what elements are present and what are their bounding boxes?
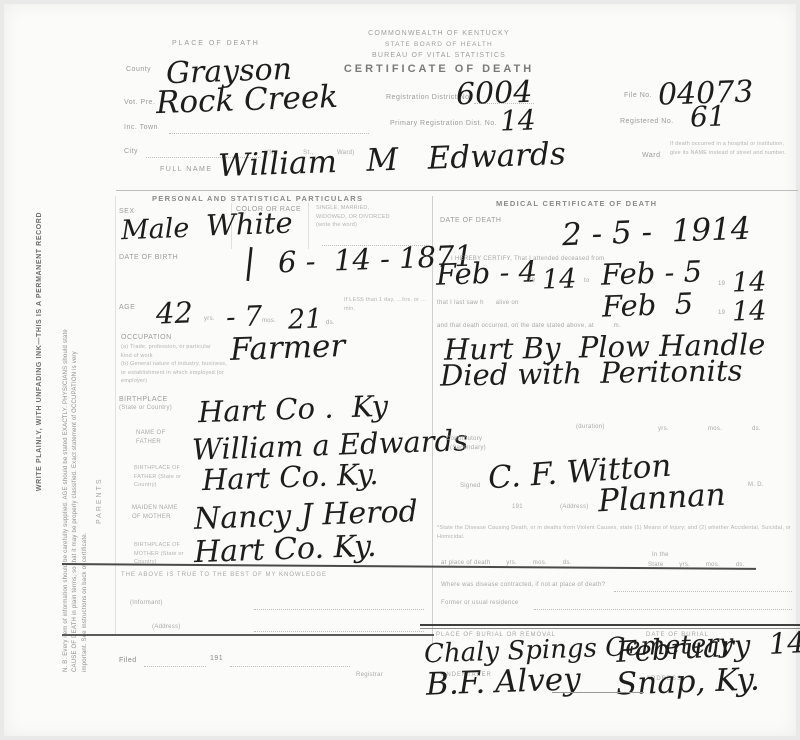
- father-name-label: NAME OF FATHER: [136, 429, 182, 447]
- file-no-label: File No.: [624, 92, 652, 99]
- secondary-label: (Secondary): [450, 445, 486, 451]
- hospital-note: If death occurred in a hospital or insti…: [670, 140, 792, 157]
- age-yrs-unit-label: yrs.: [204, 316, 215, 322]
- death-certificate-scan: WRITE PLAINLY, WITH UNFADING INK—THIS IS…: [4, 4, 796, 736]
- sign-address-value: Plannan: [597, 477, 726, 520]
- header-bureau: BUREAU OF VITAL STATISTICS: [314, 52, 564, 59]
- occupation-sub-a-label: (a) Trade, profession, or particular kin…: [121, 343, 223, 360]
- occupation-sub-b-label: (b) General nature of industry, business…: [121, 360, 229, 386]
- attended-from-year-prefix: 19: [528, 278, 535, 284]
- occupation-value: Farmer: [229, 328, 345, 368]
- primary-registration-value: 14: [499, 103, 536, 137]
- duration-ds-label: ds.: [752, 426, 761, 432]
- last-saw-line: that I last saw h alive on: [437, 300, 519, 306]
- stray-pen-mark: |: [242, 242, 258, 283]
- margin-nb-line3: important. See instructions on back of c…: [81, 57, 90, 672]
- full-name-value: William M Edwards: [217, 136, 566, 184]
- date-of-death-label: DATE OF DEATH: [440, 217, 501, 224]
- undertaker-value: B.F. Alvey: [425, 661, 581, 702]
- age-label: AGE: [119, 304, 135, 311]
- full-name-underline: [116, 190, 798, 191]
- undertaker-underline: [552, 692, 644, 693]
- date-of-birth-label: DATE OF BIRTH: [119, 254, 178, 261]
- filed-year-label: 191: [210, 655, 223, 662]
- mother-maiden-name-label: MAIDEN NAME OF MOTHER: [132, 504, 184, 522]
- primary-registration-label: Primary Registration Dist. No.: [390, 120, 497, 127]
- attended-to-year-value: 14: [731, 266, 766, 298]
- informant-address-label: (Address): [152, 624, 181, 630]
- md-label: M. D.: [748, 482, 764, 488]
- undertaker-address-value: Snap, Ky.: [615, 662, 760, 703]
- header-certificate-of-death: CERTIFICATE OF DEATH: [304, 63, 574, 75]
- city-label: City: [124, 148, 138, 155]
- last-saw-year-prefix: 19: [718, 310, 725, 316]
- margin-note-permanent-record: WRITE PLAINLY, WITH UNFADING INK—THIS IS…: [36, 79, 43, 624]
- filed-dotted-line: [144, 665, 206, 667]
- margin-note-nb: N. B. Every item of information should b…: [62, 57, 90, 672]
- burial-section-top-rule: [420, 624, 800, 626]
- duration-label: (duration): [576, 424, 605, 430]
- father-birthplace-label: BIRTHPLACE OF FATHER (State or Country): [134, 464, 200, 490]
- death-occurred-line: and that death occurred, on the date sta…: [437, 323, 621, 329]
- filed-label: Filed: [119, 657, 137, 664]
- filed-section-top-rule: [62, 634, 434, 636]
- age-ds-unit-label: ds.: [326, 320, 335, 326]
- birthplace-value: Hart Co . Ky: [197, 389, 388, 430]
- color-race-value: White: [205, 205, 293, 242]
- registered-no-value: 61: [689, 99, 726, 133]
- sign-year-label: 191: [512, 504, 523, 510]
- contributory-label: Contributory: [446, 436, 482, 442]
- duration-mos-label: mos.: [708, 426, 722, 432]
- inc-town-dotted-line: [169, 132, 369, 134]
- last-saw-value: Feb 5: [601, 286, 693, 323]
- residence-in-the-label: In the: [652, 552, 669, 558]
- attended-from-year-value: 14: [541, 263, 576, 295]
- informant-dotted-line: [254, 608, 424, 610]
- attended-to-year-prefix: 19: [718, 281, 725, 287]
- residence-at-death-line: at place of death yrs. mos. ds.: [441, 560, 572, 566]
- inc-town-label: Inc. Town: [124, 124, 158, 131]
- last-saw-year-value: 14: [731, 295, 766, 327]
- date-of-death-value: 2 - 5 - 1914: [561, 211, 751, 254]
- registered-no-label: Registered No.: [620, 118, 674, 125]
- header-state-board: STATE BOARD OF HEALTH: [314, 41, 564, 48]
- cause-of-death-line2: Died with Peritonits: [440, 353, 743, 392]
- residence-state-line: State yrs. mos. ds.: [648, 562, 745, 568]
- color-cell-divider: [308, 203, 309, 249]
- to-label: to: [584, 278, 590, 284]
- father-birthplace-value: Hart Co. Ky.: [201, 457, 379, 497]
- signed-label: Signed: [460, 483, 480, 489]
- header-commonwealth: COMMONWEALTH OF KENTUCKY: [314, 30, 564, 37]
- age-less-than-day-note: If LESS than 1 day, …hrs. or …min.: [344, 296, 430, 313]
- place-of-death-label: PLACE OF DEATH: [172, 40, 260, 47]
- sign-address-label: (Address): [560, 504, 589, 510]
- county-label: County: [126, 66, 151, 73]
- full-name-label: FULL NAME: [160, 166, 213, 173]
- informant-address-dotted-line: [254, 630, 424, 632]
- contracted-dotted-line: [614, 590, 792, 592]
- birthplace-label: BIRTHPLACE: [119, 396, 168, 403]
- personal-section-title: PERSONAL AND STATISTICAL PARTICULARS: [152, 194, 363, 203]
- attest-line: THE ABOVE IS TRUE TO THE BEST OF MY KNOW…: [121, 572, 327, 578]
- medical-section-title: MEDICAL CERTIFICATE OF DEATH: [496, 199, 657, 208]
- form-left-border-line: [115, 196, 116, 636]
- age-months-value: - 7: [225, 299, 262, 333]
- occupation-label: OCCUPATION: [121, 334, 172, 341]
- margin-nb-line1: N. B. Every item of information should b…: [62, 57, 71, 672]
- marital-status-label: SINGLE, MARRIED, WIDOWED, OR DIVORCED (w…: [316, 204, 396, 230]
- registrar-label: Registrar: [356, 672, 383, 678]
- contracted-label: Where was disease contracted, if not at …: [441, 582, 605, 588]
- former-residence-label: Former or usual residence: [441, 600, 519, 606]
- birthplace-sub-label: (State or Country): [119, 405, 172, 411]
- duration-yrs-label: yrs.: [658, 426, 669, 432]
- former-residence-dotted-line: [534, 608, 792, 610]
- parents-section-label: PARENTS: [96, 454, 103, 524]
- sex-value: Male: [120, 213, 189, 246]
- informant-label: (Informant): [130, 600, 163, 606]
- age-years-value: 42: [155, 295, 193, 330]
- attended-from-value: Feb - 4: [435, 254, 537, 292]
- ward-label: Ward: [642, 152, 660, 159]
- age-mos-unit-label: mos.: [262, 318, 276, 324]
- precinct-label: Vot. Pre.: [124, 99, 155, 106]
- cause-footnote: *State the Disease Causing Death, or in …: [437, 524, 793, 541]
- filed-year-dotted-line: [230, 665, 350, 667]
- precinct-value: Rock Creek: [155, 79, 338, 121]
- margin-nb-line2: CAUSE OF DEATH in plain terms, so that i…: [71, 57, 80, 672]
